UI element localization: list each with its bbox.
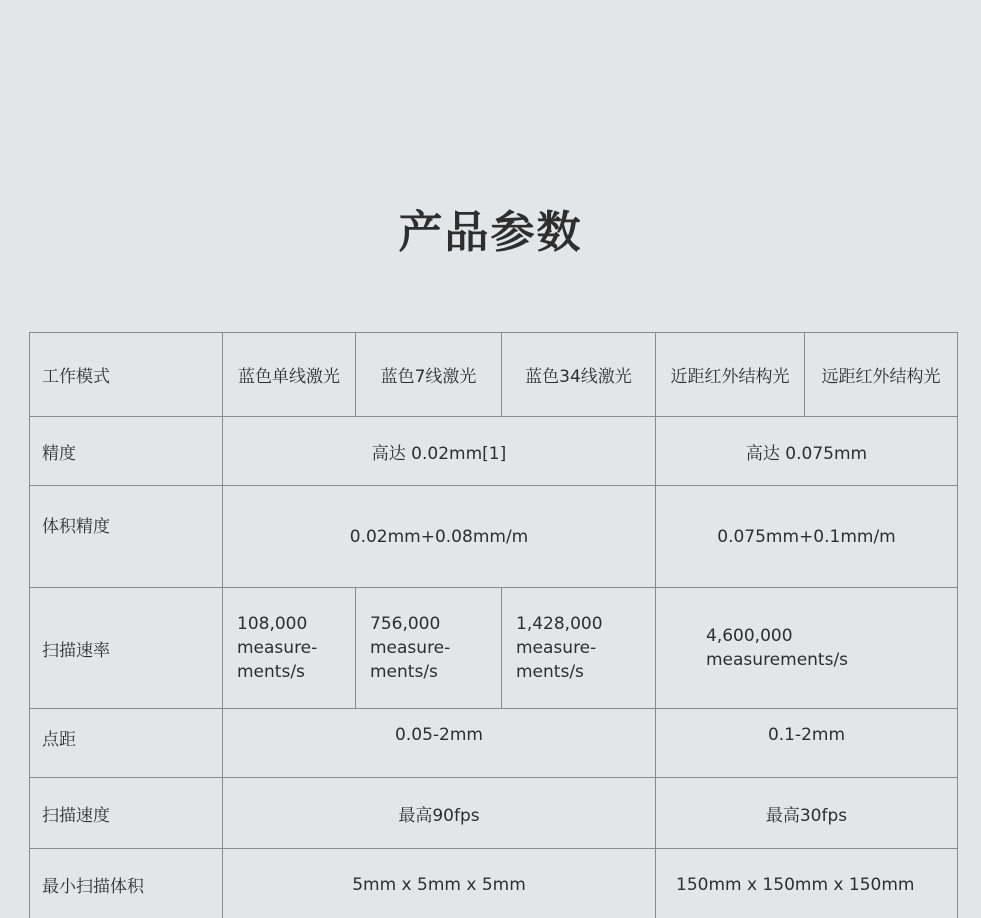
- value-cell: 108,000 measure- ments/s: [223, 588, 356, 709]
- row-label: 扫描速度: [30, 778, 223, 849]
- mode-header: 远距红外结构光: [805, 333, 958, 417]
- value-cell: 756,000 measure- ments/s: [356, 588, 502, 709]
- table-row-volumetric: 体积精度 0.02mm+0.08mm/m 0.075mm+0.1mm/m: [30, 486, 958, 588]
- row-label: 扫描速率: [30, 588, 223, 709]
- row-label: 点距: [30, 709, 223, 778]
- table-row-mode: 工作模式 蓝色单线激光 蓝色7线激光 蓝色34线激光 近距红外结构光 远距红外结…: [30, 333, 958, 417]
- row-label: 工作模式: [30, 333, 223, 417]
- value-cell: 高达 0.02mm[1]: [223, 417, 656, 486]
- table-row-scan-speed: 扫描速度 最高90fps 最高30fps: [30, 778, 958, 849]
- value-cell: 最高90fps: [223, 778, 656, 849]
- table-row-min-volume: 最小扫描体积 5mm x 5mm x 5mm 150mm x 150mm x 1…: [30, 849, 958, 918]
- mode-header: 蓝色7线激光: [356, 333, 502, 417]
- row-label: 最小扫描体积: [30, 849, 223, 918]
- value-cell: 5mm x 5mm x 5mm: [223, 849, 656, 918]
- value-cell: 1,428,000 measure- ments/s: [502, 588, 656, 709]
- mode-header: 近距红外结构光: [656, 333, 805, 417]
- table-row-scan-rate: 扫描速率 108,000 measure- ments/s 756,000 me…: [30, 588, 958, 709]
- value-cell: 150mm x 150mm x 150mm: [656, 849, 958, 918]
- row-label: 体积精度: [30, 486, 223, 588]
- value-cell: 0.1-2mm: [656, 709, 958, 778]
- row-label: 精度: [30, 417, 223, 486]
- table-row-point-distance: 点距 0.05-2mm 0.1-2mm: [30, 709, 958, 778]
- value-cell: 高达 0.075mm: [656, 417, 958, 486]
- value-cell: 0.02mm+0.08mm/m: [223, 486, 656, 588]
- page-title: 产品参数: [0, 196, 981, 260]
- value-cell: 最高30fps: [656, 778, 958, 849]
- mode-header: 蓝色单线激光: [223, 333, 356, 417]
- value-cell: 4,600,000 measurements/s: [656, 588, 958, 709]
- value-cell: 0.075mm+0.1mm/m: [656, 486, 958, 588]
- spec-table: 工作模式 蓝色单线激光 蓝色7线激光 蓝色34线激光 近距红外结构光 远距红外结…: [29, 332, 958, 918]
- mode-header: 蓝色34线激光: [502, 333, 656, 417]
- value-cell: 0.05-2mm: [223, 709, 656, 778]
- table-row-precision: 精度 高达 0.02mm[1] 高达 0.075mm: [30, 417, 958, 486]
